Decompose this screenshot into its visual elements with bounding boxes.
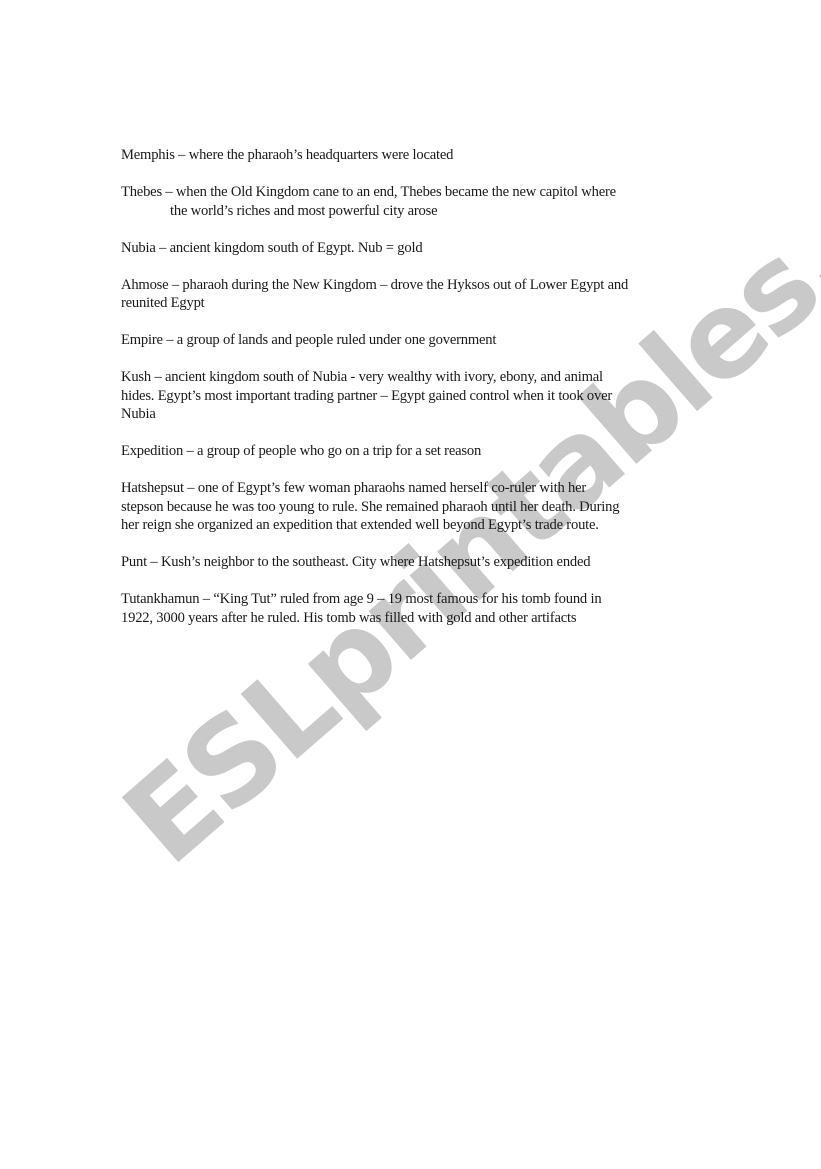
entry-line: the world’s riches and most powerful cit… — [121, 202, 711, 221]
entry-line: Thebes – when the Old Kingdom cane to an… — [121, 184, 616, 200]
entry-tutankhamun: Tutankhamun – “King Tut” ruled from age … — [121, 590, 711, 627]
entry-line: Empire – a group of lands and people rul… — [121, 331, 711, 350]
entry-ahmose: Ahmose – pharaoh during the New Kingdom … — [121, 276, 711, 313]
entry-line: Kush – ancient kingdom south of Nubia - … — [121, 368, 711, 387]
entry-memphis: Memphis – where the pharaoh’s headquarte… — [121, 146, 711, 165]
entry-line: reunited Egypt — [121, 294, 711, 313]
vocabulary-list: Memphis – where the pharaoh’s headquarte… — [121, 146, 711, 646]
entry-line: Punt – Kush’s neighbor to the southeast.… — [121, 553, 711, 572]
entry-expedition: Expedition – a group of people who go on… — [121, 442, 711, 461]
entry-line: her reign she organized an expedition th… — [121, 516, 711, 535]
entry-nubia: Nubia – ancient kingdom south of Egypt. … — [121, 239, 711, 258]
entry-line: hides. Egypt’s most important trading pa… — [121, 387, 711, 406]
entry-line: Nubia — [121, 405, 711, 424]
entry-hatshepsut: Hatshepsut – one of Egypt’s few woman ph… — [121, 479, 711, 535]
entry-line: stepson because he was too young to rule… — [121, 498, 711, 517]
entry-line: Hatshepsut – one of Egypt’s few woman ph… — [121, 479, 711, 498]
entry-line: Nubia – ancient kingdom south of Egypt. … — [121, 239, 711, 258]
entry-kush: Kush – ancient kingdom south of Nubia - … — [121, 368, 711, 424]
entry-line: 1922, 3000 years after he ruled. His tom… — [121, 609, 711, 628]
entry-thebes: Thebes – when the Old Kingdom cane to an… — [121, 183, 711, 220]
entry-line: Tutankhamun – “King Tut” ruled from age … — [121, 590, 711, 609]
entry-empire: Empire – a group of lands and people rul… — [121, 331, 711, 350]
entry-line: Memphis – where the pharaoh’s headquarte… — [121, 146, 711, 165]
entry-punt: Punt – Kush’s neighbor to the southeast.… — [121, 553, 711, 572]
entry-line: Ahmose – pharaoh during the New Kingdom … — [121, 276, 711, 295]
entry-line: Expedition – a group of people who go on… — [121, 442, 711, 461]
